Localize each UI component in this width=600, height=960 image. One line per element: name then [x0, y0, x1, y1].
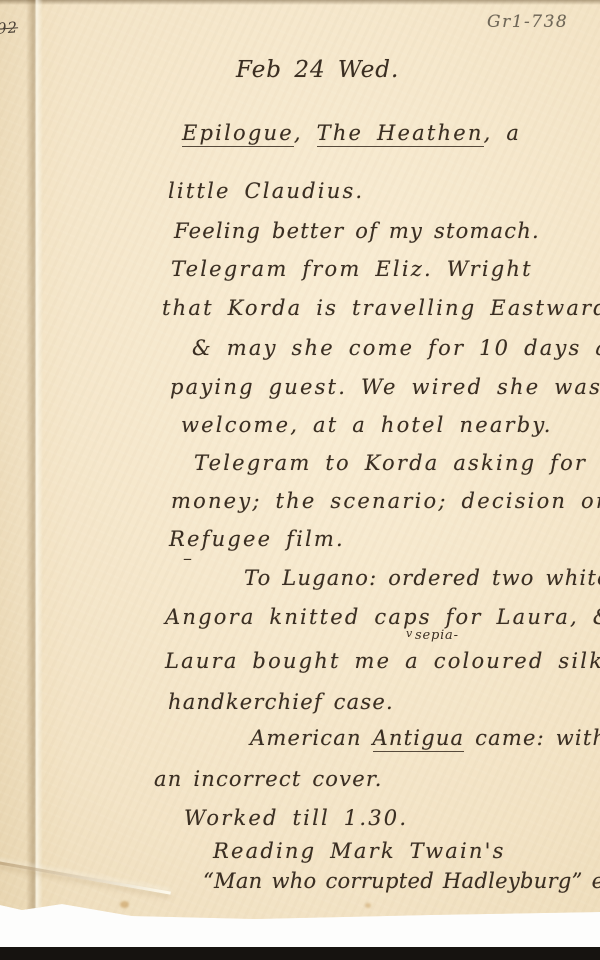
diary-line: Worked till 1.30.	[184, 806, 408, 830]
diary-line: Reading Mark Twain's	[213, 839, 506, 863]
page-number: 92	[0, 18, 19, 37]
diary-line: little Claudius.	[168, 179, 364, 203]
underlined-title-antigua: Antigua	[373, 726, 465, 752]
paper-stain	[120, 901, 129, 908]
scanner-bed-edge	[0, 947, 600, 960]
diary-line: Telegram to Korda asking for	[194, 451, 587, 475]
underlined-title-heathen: The Heathen	[317, 121, 484, 147]
line-text: , a	[484, 121, 521, 145]
insertion-caret-mark: v	[406, 627, 413, 640]
diary-line: that Korda is travelling Eastward	[162, 296, 600, 320]
diary-line: Angora knitted caps for Laura, &	[165, 605, 600, 629]
line-text: came: with	[464, 726, 600, 750]
diary-line: welcome, at a hotel nearby.	[181, 413, 553, 437]
paper-stain	[365, 903, 371, 908]
insertion-text: sepia-	[415, 628, 459, 643]
diary-line: Telegram from Eliz. Wright	[171, 257, 533, 281]
diary-line: Feeling better of my stomach.	[174, 219, 540, 243]
binding-crease	[26, 0, 43, 920]
page-top-edge-shadow	[0, 0, 600, 5]
diary-line: Laura bought me a coloured silk	[165, 649, 600, 673]
diary-line-titles: Epilogue, The Heathen, a	[182, 121, 521, 145]
catalog-mark: Gr1-738	[487, 12, 568, 32]
line-text: American	[250, 726, 373, 750]
diary-line: To Lugano: ordered two white	[244, 566, 600, 590]
diary-line: “Man who corrupted Hadleyburg” etc	[203, 869, 600, 893]
line-text: ,	[294, 121, 317, 145]
paper-sheet: 92 Gr1-738 Feb 24 Wed. Epilogue, The Hea…	[0, 0, 600, 920]
diary-line-antigua: American Antigua came: with	[250, 726, 600, 750]
diary-line: Refugee film.	[169, 527, 345, 551]
paragraph-dash: –	[183, 548, 192, 569]
diary-line: money; the scenario; decision on	[171, 489, 600, 513]
insertion-note: vsepia-	[406, 628, 459, 643]
diary-line: paying guest. We wired she was	[170, 375, 600, 399]
diary-line: & may she come for 10 days as a	[192, 336, 600, 360]
date-heading: Feb 24 Wed.	[236, 57, 399, 83]
diary-line: an incorrect cover.	[154, 767, 383, 791]
diary-line: handkerchief case.	[168, 690, 394, 714]
underlined-title-epilogue: Epilogue	[182, 121, 294, 147]
scanned-diary-page: 92 Gr1-738 Feb 24 Wed. Epilogue, The Hea…	[0, 0, 600, 960]
